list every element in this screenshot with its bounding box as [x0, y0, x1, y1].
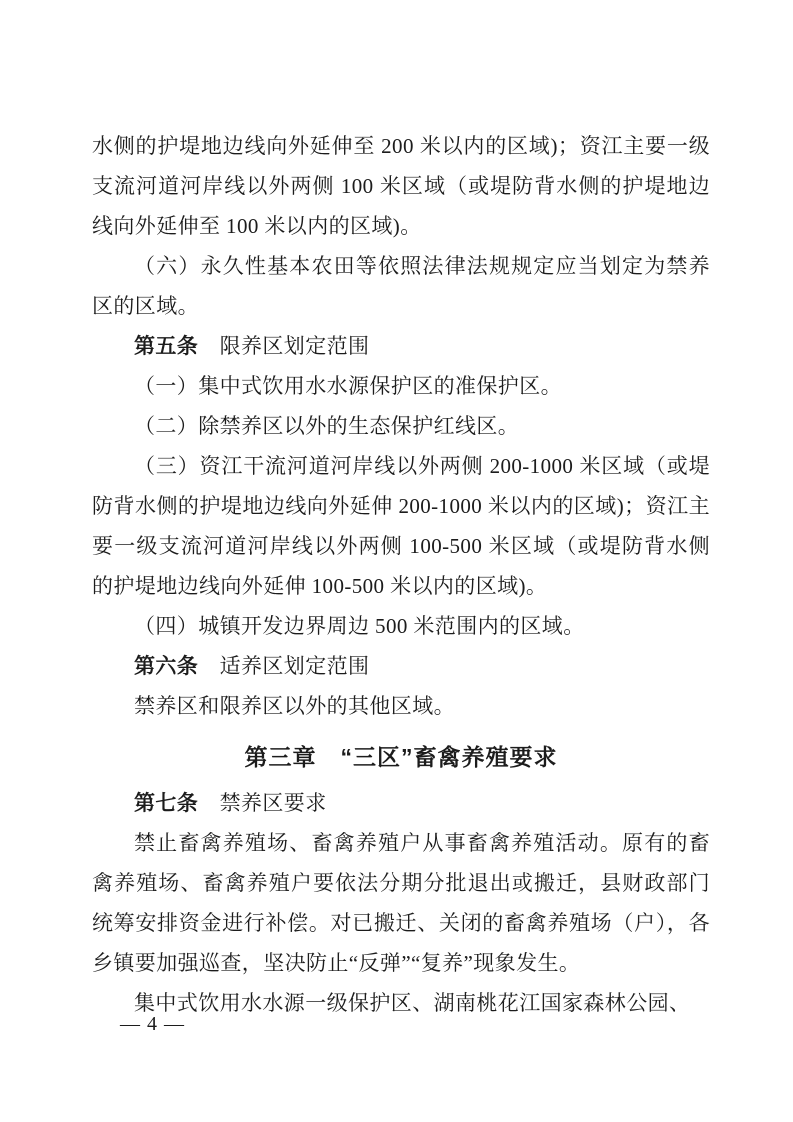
- text-run: （二）除禁养区以外的生态保护红线区。: [134, 414, 519, 438]
- text-run: 集中式饮用水水源一级保护区、湖南桃花江国家森林公园、: [134, 991, 690, 1015]
- clause-four: （四）城镇开发边界周边 500 米范围内的区域。: [92, 606, 710, 646]
- text-run: 第三章 “三区”畜禽养殖要求: [245, 744, 558, 770]
- article-6-heading: 第六条 适养区划定范围: [92, 646, 710, 686]
- clause-three: （三）资江干流河道河岸线以外两侧 200-1000 米区域（或堤防背水侧的护堤地…: [92, 446, 710, 606]
- article-6-body: 禁养区和限养区以外的其他区域。: [92, 686, 710, 726]
- text-run: （四）城镇开发边界周边 500 米范围内的区域。: [134, 614, 585, 638]
- text-run: 禁止畜禽养殖场、畜禽养殖户从事畜禽养殖活动。原有的畜禽养殖场、畜禽养殖户要依法分…: [92, 831, 710, 975]
- clause-two: （二）除禁养区以外的生态保护红线区。: [92, 406, 710, 446]
- text-run: （一）集中式饮用水水源保护区的准保护区。: [134, 374, 562, 398]
- article-number: 第五条: [134, 334, 198, 358]
- chapter-3-heading: 第三章 “三区”畜禽养殖要求: [92, 737, 710, 777]
- paragraph-continuation: 水侧的护堤地边线向外延伸至 200 米以内的区域)；资江主要一级支流河道河岸线以…: [92, 126, 710, 246]
- clause-one: （一）集中式饮用水水源保护区的准保护区。: [92, 366, 710, 406]
- text-run: （六）永久性基本农田等依照法律法规规定应当划定为禁养区的区域。: [92, 254, 710, 318]
- text-run: 禁养区要求: [198, 791, 326, 815]
- article-number: 第六条: [134, 654, 198, 678]
- text-run: 限养区划定范围: [198, 334, 369, 358]
- text-run: 水侧的护堤地边线向外延伸至 200 米以内的区域)；资江主要一级支流河道河岸线以…: [92, 134, 710, 238]
- article-7-body-1: 禁止畜禽养殖场、畜禽养殖户从事畜禽养殖活动。原有的畜禽养殖场、畜禽养殖户要依法分…: [92, 823, 710, 983]
- article-7-heading: 第七条 禁养区要求: [92, 783, 710, 823]
- text-run: （三）资江干流河道河岸线以外两侧 200-1000 米区域（或堤防背水侧的护堤地…: [92, 454, 710, 598]
- page-number: — 4 —: [120, 1013, 185, 1036]
- document-body: 水侧的护堤地边线向外延伸至 200 米以内的区域)；资江主要一级支流河道河岸线以…: [92, 126, 710, 1023]
- text-run: 禁养区和限养区以外的其他区域。: [134, 694, 455, 718]
- text-run: 适养区划定范围: [198, 654, 369, 678]
- article-5-heading: 第五条 限养区划定范围: [92, 326, 710, 366]
- document-page: 水侧的护堤地边线向外延伸至 200 米以内的区域)；资江主要一级支流河道河岸线以…: [0, 0, 793, 1122]
- article-number: 第七条: [134, 791, 198, 815]
- clause-six: （六）永久性基本农田等依照法律法规规定应当划定为禁养区的区域。: [92, 246, 710, 326]
